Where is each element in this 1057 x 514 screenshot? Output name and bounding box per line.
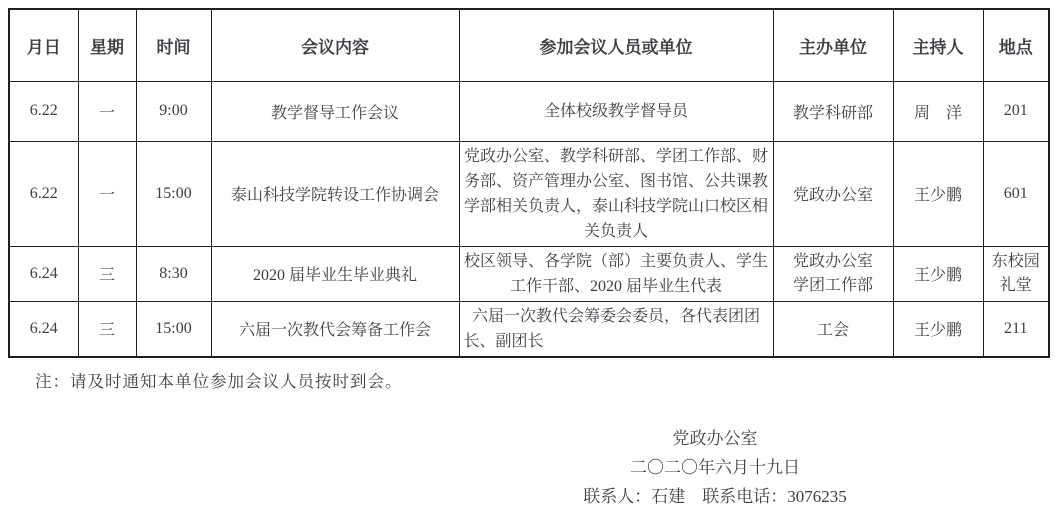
footer-date: 二〇二〇年六月十九日: [400, 453, 1030, 482]
footer-block: 党政办公室 二〇二〇年六月十九日 联系人：石建 联系电话：3076235: [400, 424, 1030, 511]
cell-content: 泰山科技学院转设工作协调会: [211, 141, 459, 246]
header-host: 主持人: [893, 9, 983, 81]
header-row: 月日 星期 时间 会议内容 参加会议人员或单位 主办单位 主持人 地点: [9, 9, 1049, 81]
table-row: 6.24 三 8:30 2020 届毕业生毕业典礼 校区领导、各学院（部）主要负…: [9, 246, 1049, 301]
header-organizer: 主办单位: [773, 9, 893, 81]
cell-location: 201: [983, 81, 1049, 141]
cell-date: 6.22: [9, 141, 78, 246]
cell-participants: 全体校级教学督导员: [459, 81, 773, 141]
cell-organizer: 教学科研部: [773, 81, 893, 141]
cell-location: 东校园 礼堂: [983, 246, 1049, 301]
cell-participants: 校区领导、各学院（部）主要负责人、学生工作干部、2020 届毕业生代表: [459, 246, 773, 301]
cell-weekday: 三: [78, 246, 136, 301]
table-row: 6.22 一 15:00 泰山科技学院转设工作协调会 党政办公室、教学科研部、学…: [9, 141, 1049, 246]
cell-content: 教学督导工作会议: [211, 81, 459, 141]
cell-time: 9:00: [136, 81, 211, 141]
cell-host: 王少鹏: [893, 301, 983, 357]
table-row: 6.24 三 15:00 六届一次教代会筹备工作会 六届一次教代会筹委会委员，各…: [9, 301, 1049, 357]
cell-organizer: 党政办公室 学团工作部: [773, 246, 893, 301]
cell-time: 15:00: [136, 141, 211, 246]
cell-host: 周 洋: [893, 81, 983, 141]
header-participants: 参加会议人员或单位: [459, 9, 773, 81]
header-weekday: 星期: [78, 9, 136, 81]
cell-weekday: 一: [78, 81, 136, 141]
cell-participants: 六届一次教代会筹委会委员，各代表团团长、副团长: [459, 301, 773, 357]
header-location: 地点: [983, 9, 1049, 81]
cell-host: 王少鹏: [893, 141, 983, 246]
cell-organizer: 党政办公室: [773, 141, 893, 246]
cell-weekday: 一: [78, 141, 136, 246]
cell-date: 6.22: [9, 81, 78, 141]
cell-time: 15:00: [136, 301, 211, 357]
meeting-schedule-table: 月日 星期 时间 会议内容 参加会议人员或单位 主办单位 主持人 地点 6.22…: [8, 8, 1050, 358]
cell-content: 2020 届毕业生毕业典礼: [211, 246, 459, 301]
cell-location: 601: [983, 141, 1049, 246]
cell-organizer: 工会: [773, 301, 893, 357]
cell-host: 王少鹏: [893, 246, 983, 301]
footer-signature: 党政办公室: [400, 424, 1030, 453]
table-row: 6.22 一 9:00 教学督导工作会议 全体校级教学督导员 教学科研部 周 洋…: [9, 81, 1049, 141]
cell-participants: 党政办公室、教学科研部、学团工作部、财务部、资产管理办公室、图书馆、公共课教学部…: [459, 141, 773, 246]
header-date: 月日: [9, 9, 78, 81]
cell-date: 6.24: [9, 301, 78, 357]
cell-location: 211: [983, 301, 1049, 357]
cell-content: 六届一次教代会筹备工作会: [211, 301, 459, 357]
header-time: 时间: [136, 9, 211, 81]
header-content: 会议内容: [211, 9, 459, 81]
cell-weekday: 三: [78, 301, 136, 357]
note-text: 注：请及时通知本单位参加会议人员按时到会。: [35, 368, 403, 392]
cell-date: 6.24: [9, 246, 78, 301]
cell-time: 8:30: [136, 246, 211, 301]
footer-contact: 联系人：石建 联系电话：3076235: [400, 482, 1030, 511]
